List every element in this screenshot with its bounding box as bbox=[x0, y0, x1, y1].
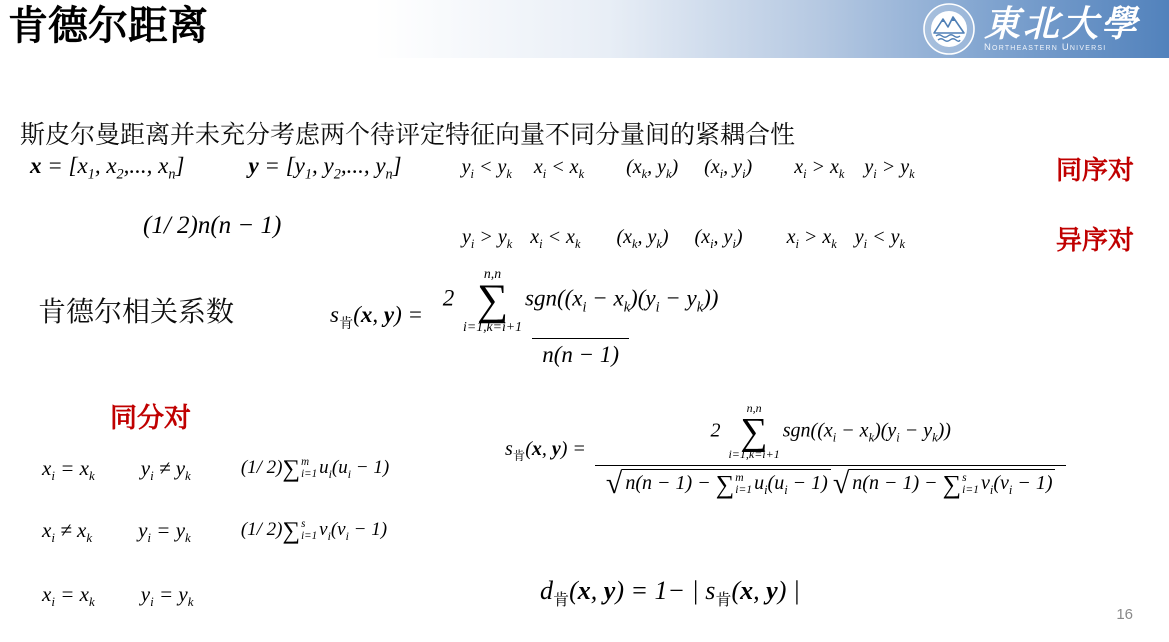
tie2-cond-x: xi ≠ xk bbox=[42, 518, 92, 546]
slide-title: 肯德尔距离 bbox=[8, 2, 208, 50]
page-number: 16 bbox=[1116, 606, 1133, 623]
pair-i-formula: (xi, yi) bbox=[695, 226, 743, 252]
discordant-label: 异序对 bbox=[1056, 220, 1134, 257]
tie-row-3: xi = xk yi = yk bbox=[42, 582, 193, 610]
discordant-cond-1: yi > yk bbox=[462, 226, 512, 252]
tie3-cond-y: yi = yk bbox=[141, 582, 194, 610]
tie2-cond-y: yi = yk bbox=[138, 518, 191, 546]
discordant-cond-4: yi < yk bbox=[855, 226, 905, 252]
pair-k-formula: (xk, yk) bbox=[616, 226, 668, 252]
discordant-row: yi > yk xi < xk (xk, yk) (xi, yi) xi > x… bbox=[462, 220, 1134, 257]
university-logo: 東北大學 Northeastern Universi bbox=[922, 1, 1140, 57]
discordant-cond-3: xi > xk bbox=[787, 226, 837, 252]
university-name-cn: 東北大學 bbox=[984, 6, 1140, 42]
vector-y-formula: y = [y1, y2,..., yn] bbox=[248, 153, 401, 184]
pair-k-formula: (xk, yk) bbox=[626, 156, 678, 182]
kendall-distance-formula: d肯(x, y) = 1− | s肯(x, y) | bbox=[540, 576, 800, 610]
concordant-cond-3: xi > xk bbox=[794, 156, 844, 182]
kendall-coefficient-heading: 肯德尔相关系数 bbox=[38, 290, 234, 330]
concordant-label: 同序对 bbox=[1056, 150, 1134, 187]
tie2-count-formula: (1/ 2)∑si=1vi(vi − 1) bbox=[241, 519, 387, 544]
tie-row-2: xi ≠ xk yi = yk (1/ 2)∑si=1vi(vi − 1) bbox=[42, 518, 387, 546]
tie3-cond-x: xi = xk bbox=[42, 582, 95, 610]
university-seal-icon bbox=[922, 2, 976, 56]
tie-adjusted-kendall-formula: s肯(x, y) = 2 n,n∑i=1,k=i+1sgn((xi − xk)(… bbox=[505, 402, 1070, 499]
pair-i-formula: (xi, yi) bbox=[704, 156, 752, 182]
slide: 肯德尔距离 東北大學 Northeastern Universi 斯皮尔曼距离并… bbox=[0, 0, 1169, 642]
ties-label: 同分对 bbox=[110, 396, 191, 435]
concordant-cond-2: xi < xk bbox=[534, 156, 584, 182]
tie-row-1: xi = xk yi ≠ yk (1/ 2)∑mi=1ui(ui − 1) bbox=[42, 456, 389, 484]
tie1-count-formula: (1/ 2)∑mi=1ui(ui − 1) bbox=[241, 457, 389, 482]
concordant-cond-1: yi < yk bbox=[462, 156, 512, 182]
pair-count-formula: (1/ 2)n(n − 1) bbox=[143, 212, 281, 240]
header-band: 肯德尔距离 東北大學 Northeastern Universi bbox=[0, 0, 1169, 58]
university-name: 東北大學 Northeastern Universi bbox=[984, 6, 1140, 53]
tie1-cond-x: xi = xk bbox=[42, 456, 95, 484]
concordant-row: x = [x1, x2,..., xn] y = [y1, y2,..., yn… bbox=[30, 150, 1134, 187]
university-name-en: Northeastern Universi bbox=[984, 43, 1140, 53]
vector-x-formula: x = [x1, x2,..., xn] bbox=[30, 153, 184, 184]
concordant-cond-4: yi > yk bbox=[864, 156, 914, 182]
intro-text: 斯皮尔曼距离并未充分考虑两个待评定特征向量不同分量间的紧耦合性 bbox=[20, 115, 795, 151]
kendall-coefficient-formula: s肯(x, y) = 2 n,n∑i=1,k=i+1sgn((xi − xk)(… bbox=[330, 266, 732, 368]
discordant-cond-2: xi < xk bbox=[530, 226, 580, 252]
tie1-cond-y: yi ≠ yk bbox=[141, 456, 191, 484]
